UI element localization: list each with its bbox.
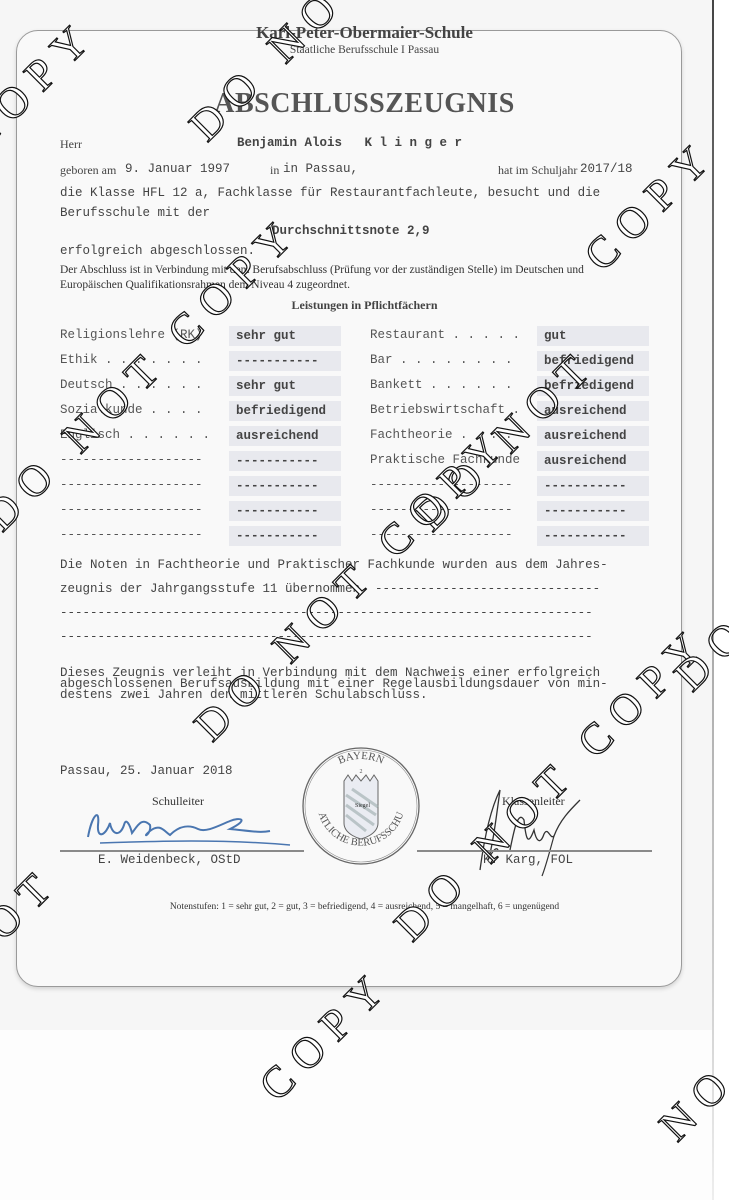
subject-grade: befriedigend [537, 351, 649, 371]
left-signature-line [60, 850, 304, 852]
subject-name: Bar . . . . . . . . [370, 353, 513, 367]
student-name: Benjamin Alois K l i n g e r [237, 136, 462, 150]
born-label: geboren am [60, 163, 116, 178]
subject-name: Betriebswirtschaft . [370, 403, 520, 417]
subject-name: ------------------- [370, 478, 513, 492]
school-line: Berufsschule mit der [60, 206, 210, 220]
subject-grade: ----------- [229, 351, 341, 371]
seal-top-text: BAYERN [336, 750, 386, 767]
grade-scale: Notenstufen: 1 = sehr gut, 2 = gut, 3 = … [0, 902, 729, 912]
school-year: 2017/18 [580, 162, 633, 176]
completed-text: erfolgreich abgeschlossen. [60, 244, 255, 258]
remark-line-1: Die Noten in Fachtheorie und Praktischer… [60, 558, 608, 572]
subject-name: ------------------- [60, 528, 203, 542]
scan-edge [712, 0, 729, 1200]
subject-name: Sozialkunde . . . . [60, 403, 203, 417]
right-signature-line [417, 850, 652, 852]
subject-name: Englisch . . . . . . [60, 428, 210, 442]
qualification-note-1: Der Abschluss ist in Verbindung mit dem … [60, 264, 584, 276]
subject-name: ------------------- [60, 453, 203, 467]
subject-grade: befriedigend [537, 376, 649, 396]
subject-grade: ausreichend [537, 451, 649, 471]
subject-grade: ----------- [229, 451, 341, 471]
subject-name: Religionslehre (RK) [60, 328, 203, 342]
subject-name: Deutsch . . . . . . [60, 378, 203, 392]
subject-grade: ----------- [229, 476, 341, 496]
class-line: die Klasse HFL 12 a, Fachklasse für Rest… [60, 186, 600, 200]
left-signature [80, 795, 310, 855]
subject-grade: ----------- [229, 526, 341, 546]
subject-name: Restaurant . . . . . [370, 328, 520, 342]
subject-name: ------------------- [370, 528, 513, 542]
subject-name: Praktische Fachkunde [370, 453, 520, 467]
subject-name: ------------------- [60, 503, 203, 517]
remark-line-4: ----------------------------------------… [60, 630, 593, 644]
salutation: Herr [60, 137, 82, 152]
average-grade: Durchschnittsnote 2,9 [272, 224, 430, 238]
subject-grade: ----------- [537, 476, 649, 496]
subject-grade: gut [537, 326, 649, 346]
remark-line-2: zeugnis der Jahrgangsstufe 11 übernommen… [60, 582, 600, 596]
left-signer-name: E. Weidenbeck, OStD [98, 853, 241, 867]
svg-text:BAYERN: BAYERN [336, 750, 386, 767]
subject-grade: ausreichend [537, 426, 649, 446]
remark-line-3: ----------------------------------------… [60, 606, 593, 620]
qualification-note-2: Europäischen Qualifikationsrahmen dem Ni… [60, 279, 350, 291]
official-seal: BAYERN STAATLICHE BERUFSSCHULE I 2 Siege… [300, 745, 422, 867]
school-name: Karl-Peter-Obermaier-Schule [0, 23, 729, 43]
subject-grade: ausreichend [537, 401, 649, 421]
document-title: ABSCHLUSSZEUGNIS [0, 88, 729, 120]
subject-grade: sehr gut [229, 326, 341, 346]
subject-grade: ----------- [229, 501, 341, 521]
subject-name: Ethik . . . . . . . [60, 353, 203, 367]
seal-number: 2 [360, 769, 363, 775]
subject-grade: ausreichend [229, 426, 341, 446]
birth-place: in Passau, [283, 162, 358, 176]
subject-grade: ----------- [537, 501, 649, 521]
place-date: Passau, 25. Januar 2018 [60, 764, 233, 778]
subject-name: ------------------- [370, 503, 513, 517]
subjects-heading: Leistungen in Pflichtfächern [0, 298, 729, 313]
birth-place-label: in [270, 163, 279, 178]
subject-grade: ----------- [537, 526, 649, 546]
right-signer-name: K. Karg, FOL [483, 853, 573, 867]
subject-grade: befriedigend [229, 401, 341, 421]
certification-line-3: destens zwei Jahren den mittleren Schula… [60, 689, 428, 701]
birth-date: 9. Januar 1997 [125, 162, 230, 176]
school-subtitle: Staatliche Berufsschule I Passau [0, 44, 729, 56]
school-year-label: hat im Schuljahr [498, 163, 577, 178]
subject-name: Bankett . . . . . . [370, 378, 513, 392]
subject-grade: sehr gut [229, 376, 341, 396]
seal-center-text: Siegel [355, 803, 370, 809]
subject-name: ------------------- [60, 478, 203, 492]
subject-name: Fachtheorie . . . . [370, 428, 513, 442]
